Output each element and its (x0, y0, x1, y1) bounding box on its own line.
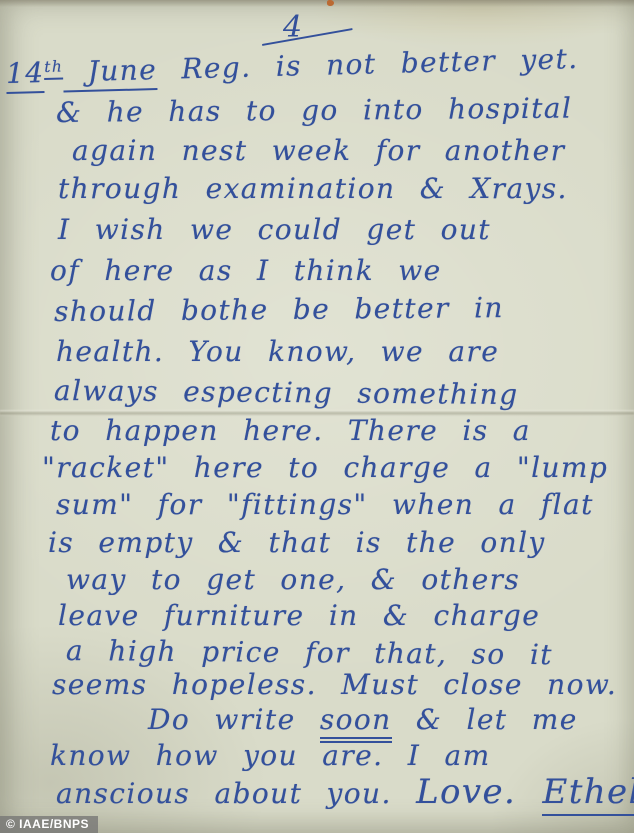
letter-text-segment: to happen here. There is a (50, 414, 531, 447)
letter-line-9: always especting something (54, 374, 519, 411)
letter-line-15: leave furniture in & charge (58, 599, 540, 632)
letter-text-segment: & let me (392, 703, 578, 736)
letter-text-segment: through examination & Xrays. (58, 172, 568, 205)
letter-text-segment: always especting something (54, 374, 519, 411)
letter-line-8: health. You know, we are (56, 335, 499, 368)
letter-text-segment: I wish we could get out (58, 213, 491, 246)
letter-text-segment: soon (320, 703, 392, 743)
letter-text-segment: a high price for that, so it (66, 634, 553, 671)
letter-line-11: "racket" here to charge a "lump (42, 451, 608, 484)
letter-line-14: way to get one, & others (66, 563, 520, 596)
letter-line-17: seems hopeless. Must close now. (52, 668, 617, 701)
letter-text-segment: & he has to go into hospital (56, 91, 573, 129)
letter-line-2: & he has to go into hospital (56, 91, 573, 129)
letter-line-16: a high price for that, so it (66, 634, 553, 671)
letter-text-segment: 14 (6, 56, 45, 94)
letter-text-segment: should bothe be better in (54, 291, 504, 328)
letter-line-3: again nest week for another (72, 134, 565, 167)
letter-text-segment: way to get one, & others (66, 563, 520, 596)
letter-line-4: through examination & Xrays. (58, 172, 568, 205)
letter-text-segment: health. You know, we are (56, 335, 499, 368)
letter-line-13: is empty & that is the only (48, 526, 546, 559)
letter-text-segment: Reg. is not better yet. (157, 42, 579, 86)
letter-line-10: to happen here. There is a (50, 414, 531, 447)
letter-text-segment: Ethel (542, 772, 634, 816)
letter-line-5: I wish we could get out (58, 213, 491, 246)
letter-text-segment: June (63, 53, 158, 92)
letter-line-12: sum" for "fittings" when a flat (56, 488, 594, 521)
letter-photo: 4 14th June Reg. is not better yet.& he … (0, 0, 634, 833)
letter-text-segment: th (44, 57, 63, 79)
letter-line-7: should bothe be better in (54, 291, 504, 328)
letter-text-segment: leave furniture in & charge (58, 599, 540, 632)
letter-text-segment: seems hopeless. Must close now. (52, 668, 617, 701)
letter-text-segment: anscious about you. (56, 777, 416, 810)
letter-text-segment: "racket" here to charge a "lump (42, 451, 608, 484)
letter-body: 14th June Reg. is not better yet.& he ha… (0, 0, 634, 833)
letter-line-20: anscious about you. Love. Ethel (56, 772, 634, 812)
letter-line-19: know how you are. I am (50, 739, 491, 772)
letter-text-segment: Do write (148, 703, 320, 736)
letter-text-segment: sum" for "fittings" when a flat (56, 488, 594, 521)
letter-text-segment: again nest week for another (72, 134, 565, 167)
letter-line-1: 14th June Reg. is not better yet. (6, 42, 579, 90)
letter-line-18: Do write soon & let me (148, 703, 578, 736)
letter-text-segment: Love. (416, 772, 542, 812)
letter-text-segment: is empty & that is the only (48, 526, 546, 559)
letter-text-segment: of here as I think we (50, 254, 442, 287)
letter-line-6: of here as I think we (50, 254, 442, 287)
watermark-credit: © IAAE/BNPS (0, 816, 98, 833)
letter-text-segment: know how you are. I am (50, 739, 491, 772)
